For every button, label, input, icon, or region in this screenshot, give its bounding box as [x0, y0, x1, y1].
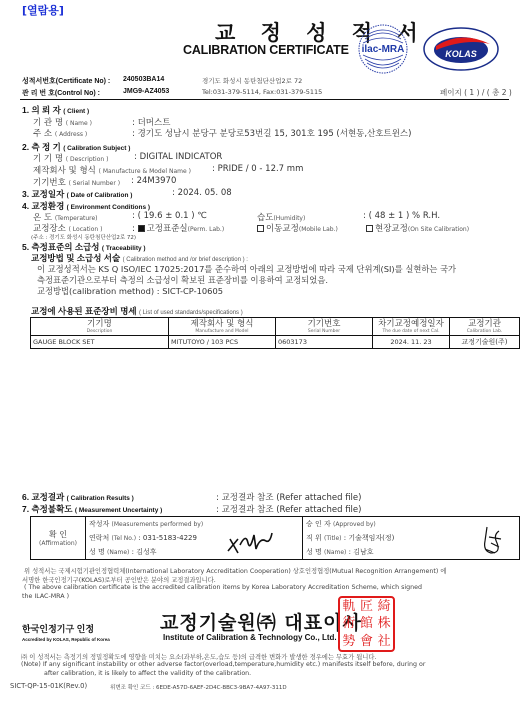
- label-en: ( Location ): [69, 226, 103, 233]
- subject-serial-label: 기기번호 ( Serial Number ): [33, 176, 120, 188]
- checked-box-icon: [138, 225, 145, 232]
- section-title: 5. 측정표준의 소급성: [22, 242, 100, 252]
- location-perm-lab: : 고정표준실(Perm. Lab.): [132, 222, 224, 234]
- section-title: 6. 교정결과: [22, 492, 64, 502]
- column-header: 제작회사 및 형식Manufacture and Model: [169, 318, 276, 336]
- svg-text:ilac-MRA: ilac-MRA: [362, 44, 405, 55]
- subject-description-label: 기 기 명 ( Description ): [33, 152, 108, 164]
- option-label-en: (Mobile Lab.): [299, 226, 338, 233]
- approver-cell: 승 인 자 (Approved by) 직 위 (Title) : 기술책임자(…: [303, 517, 520, 560]
- accreditation-note-ko-2: 서명한 한국인정기구(KOLAS)로부터 공인받은 분야의 교정결과입니다.: [22, 575, 216, 584]
- kolas-accredited-ko: 한국인정기구 인정: [22, 622, 94, 635]
- section-title-en: ( Traceability ): [102, 245, 146, 252]
- section-title-en: ( Calibration Results ): [67, 495, 134, 502]
- label: 기 기 명: [33, 154, 63, 164]
- performer-tel: 연락처 (Tel No.) : 031-5183-4229: [89, 533, 197, 543]
- header-divider: [20, 99, 509, 100]
- subject-description: : DIGITAL INDICATOR: [134, 152, 222, 162]
- standards-table: 기기명Description 제작회사 및 형식Manufacture and …: [30, 317, 520, 349]
- ilac-mra-logo-icon: ilac-MRA: [357, 23, 409, 75]
- kolas-logo-icon: KOLAS: [422, 26, 500, 72]
- section-title-en: ( Calibration Subject ): [63, 145, 130, 152]
- humidity-value: : ( 48 ± 1 ) % R.H.: [363, 211, 440, 221]
- affirmation-table: 확 인(Affirmation) 작성자 (Measurements perfo…: [30, 516, 520, 560]
- approver-signature-icon: [479, 523, 507, 557]
- section-uncertainty-heading: 7. 측정불확도 ( Measurement Uncertainty ): [22, 503, 162, 515]
- control-number-label: 관 리 번 호(Control No) :: [22, 88, 100, 98]
- performed-by-label: 작성자 (Measurements performed by): [89, 519, 203, 529]
- temperature-value: : ( 19.6 ± 0.1 ) ℃: [132, 211, 207, 221]
- section-title: 1. 의 뢰 자: [22, 105, 61, 115]
- section-title-en: ( Client ): [63, 108, 89, 115]
- company-seal-icon: 軌匠綺 術館株 㔟會社: [338, 596, 395, 652]
- section-title: 3. 교정일자: [22, 189, 64, 199]
- label: 교정에 사용된 표준장비 명세: [31, 306, 137, 316]
- company-name-en: Institute of Calibration & Technology Co…: [163, 633, 337, 642]
- cell-lab: 교정기술원(주): [450, 336, 520, 349]
- location-mobile-lab: 이동교정(Mobile Lab.): [257, 222, 338, 234]
- cell-due-date: 2024. 11. 23: [373, 336, 450, 349]
- label: 제작회사 및 형식: [33, 166, 96, 176]
- page-indicator: 페이지 ( 1 ) / ( 총 2 ): [440, 87, 512, 98]
- section-title-en: ( Measurement Uncertainty ): [75, 507, 162, 514]
- control-number: JMG9-AZ4053: [123, 88, 169, 95]
- label-en: ( Name ): [66, 120, 92, 127]
- calibration-method: 교정방법(calibration method) : SICT-CP-10605: [37, 285, 223, 297]
- performer-cell: 작성자 (Measurements performed by) 연락처 (Tel…: [86, 517, 303, 560]
- label: 교정방법 및 소급성 서술: [31, 253, 120, 263]
- label: 기기번호: [33, 178, 66, 188]
- section-results-heading: 6. 교정결과 ( Calibration Results ): [22, 491, 134, 503]
- label: 주 소: [33, 129, 52, 139]
- approver-name: 성 명 (Name) : 김남호: [306, 547, 373, 557]
- option-label: 이동교정: [266, 224, 299, 234]
- form-code: SICT-QP-15-01K(Rev.0): [10, 682, 87, 690]
- section-title: 2. 측 정 기: [22, 142, 61, 152]
- column-header: 기기명Description: [31, 318, 169, 336]
- option-label-en: (On Site Calibration): [408, 226, 469, 233]
- label-en: ( Serial Number ): [69, 180, 120, 187]
- performer-name: 성 명 (Name) : 김성후: [89, 547, 156, 557]
- header-tel-fax: Tel:031-379-5114, Fax:031-379-5115: [202, 88, 322, 96]
- cell-serial: 0603173: [276, 336, 373, 349]
- unchecked-box-icon: [366, 225, 373, 232]
- header-address: 경기도 화성시 동탄첨단산업2로 72: [202, 76, 302, 85]
- section-title-en: ( Environment Conditions ): [67, 204, 150, 211]
- cell-manufacturer: MITUTOYO / 103 PCS: [169, 336, 276, 349]
- column-header: 차기교정예정일자The due date of next Cal.: [373, 318, 450, 336]
- uncertainty-value: : 교정결과 참조 (Refer attached file): [216, 503, 361, 515]
- option-label-en: (Perm. Lab.): [188, 226, 225, 233]
- forgery-check-code: 위변조 확인 코드 : 6EDE-A57D-6AEF-2D4C-BBC3-9BA…: [110, 683, 287, 691]
- cell-description: GAUGE BLOCK SET: [31, 336, 169, 349]
- section-title-en: ( Date of Calibration ): [67, 192, 133, 199]
- title-english: CALIBRATION CERTIFICATE: [183, 43, 349, 57]
- unchecked-box-icon: [257, 225, 264, 232]
- label-en: (Humidity): [273, 215, 305, 222]
- table-header-row: 기기명Description 제작회사 및 형식Manufacture and …: [31, 318, 520, 336]
- client-address: : 경기도 성남시 분당구 분당로53번길 15, 301호 195 (서현동,…: [132, 127, 411, 139]
- validity-note-en-1: (Note) If any significant instability or…: [21, 661, 426, 668]
- svg-text:KOLAS: KOLAS: [445, 49, 477, 59]
- kolas-accredited-en: Accredited by KOLAS, Republic of Korea: [22, 637, 110, 642]
- label-en: ( Manufacture & Model Name ): [99, 168, 191, 175]
- view-only-label: [열람용]: [22, 2, 64, 18]
- location-address: (주소 : 경기도 화성시 동탄첨단산업2로 72): [31, 233, 136, 241]
- label-en: ( List of used standards/specifications …: [139, 310, 243, 316]
- table-row: GAUGE BLOCK SET MITUTOYO / 103 PCS 06031…: [31, 336, 520, 349]
- column-header: 기기번호Serial Number: [276, 318, 373, 336]
- accreditation-note-ko-1: 위 성적서는 국제시험기관인정협력체(International Laborat…: [24, 566, 446, 575]
- label-en: ( Address ): [55, 131, 87, 138]
- subject-model: : PRIDE / 0 - 12.7 mm: [212, 164, 303, 174]
- label-en: (Temperature): [55, 215, 98, 222]
- option-label: 현장교정: [375, 224, 408, 234]
- validity-note-ko: ㈜ 이 성적서는 측정기의 정밀정확도에 영향을 미치는 요소(과부하,온도,습…: [21, 652, 376, 661]
- option-label: 고정표준실: [147, 224, 188, 234]
- accreditation-note-en-1: ( The above calibration certificate is t…: [24, 584, 422, 591]
- approver-title: 직 위 (Title) : 기술책임자(정): [306, 533, 394, 543]
- section-client-heading: 1. 의 뢰 자 ( Client ): [22, 104, 89, 116]
- standards-heading: 교정에 사용된 표준장비 명세 ( List of used standards…: [31, 305, 243, 317]
- section-title: 7. 측정불확도: [22, 504, 73, 514]
- company-name-ko: 교정기술원㈜ 대표이사: [160, 608, 362, 635]
- label-en: ( Description ): [66, 156, 109, 163]
- section-title: 4. 교정환경: [22, 201, 64, 211]
- subject-model-label: 제작회사 및 형식 ( Manufacture & Model Name ): [33, 164, 191, 176]
- certificate-number-label: 성적서번호(Certificate No) :: [22, 76, 110, 86]
- performer-signature-icon: [226, 527, 276, 555]
- section-date-heading: 3. 교정일자 ( Date of Calibration ): [22, 188, 132, 200]
- calibration-date: : 2024. 05. 08: [172, 188, 232, 198]
- results-value: : 교정결과 참조 (Refer attached file): [216, 491, 361, 503]
- validity-note-en-2: after calibration, it is likely to affec…: [44, 670, 251, 677]
- certificate-number: 240503BA14: [123, 76, 164, 83]
- subject-serial: : 24M3970: [131, 176, 176, 186]
- affirmation-label: 확 인(Affirmation): [31, 517, 86, 560]
- column-header: 교정기관Calibration Lab.: [450, 318, 520, 336]
- client-address-label: 주 소 ( Address ): [33, 127, 87, 139]
- approved-by-label: 승 인 자 (Approved by): [306, 519, 376, 529]
- accreditation-note-en-2: the ILAC-MRA ): [22, 593, 69, 600]
- location-on-site: 현장교정(On Site Calibration): [366, 222, 469, 234]
